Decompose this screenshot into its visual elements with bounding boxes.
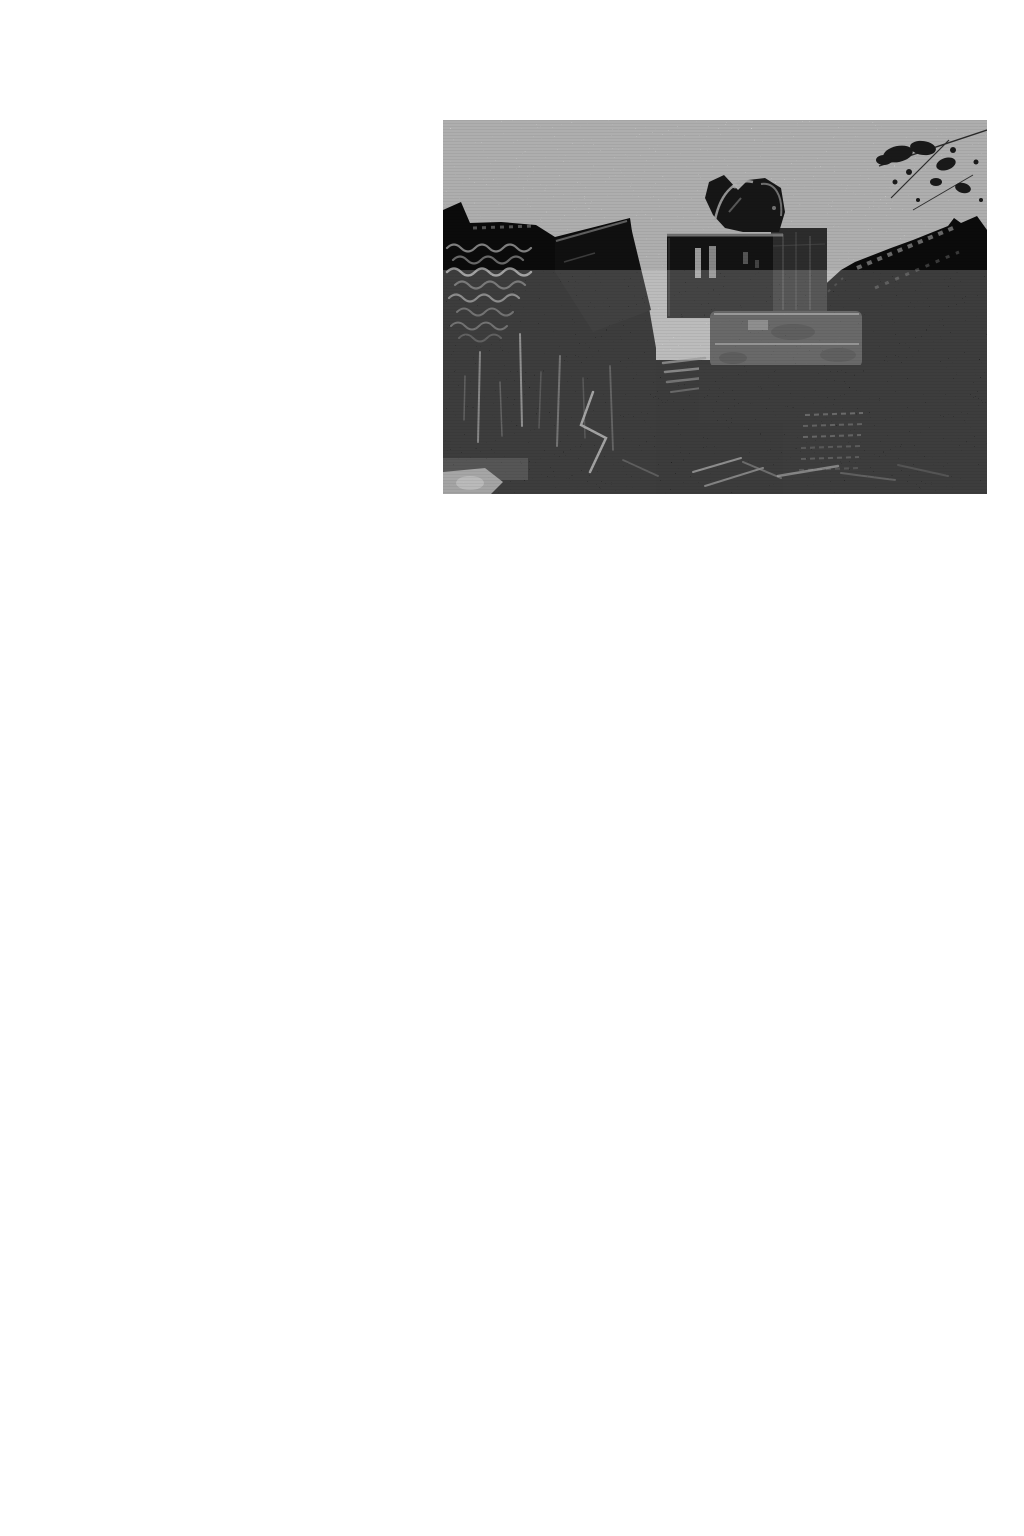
demolition-excavator-photograph bbox=[443, 120, 987, 494]
scanline-texture bbox=[443, 120, 987, 494]
document-page bbox=[0, 0, 1024, 1536]
